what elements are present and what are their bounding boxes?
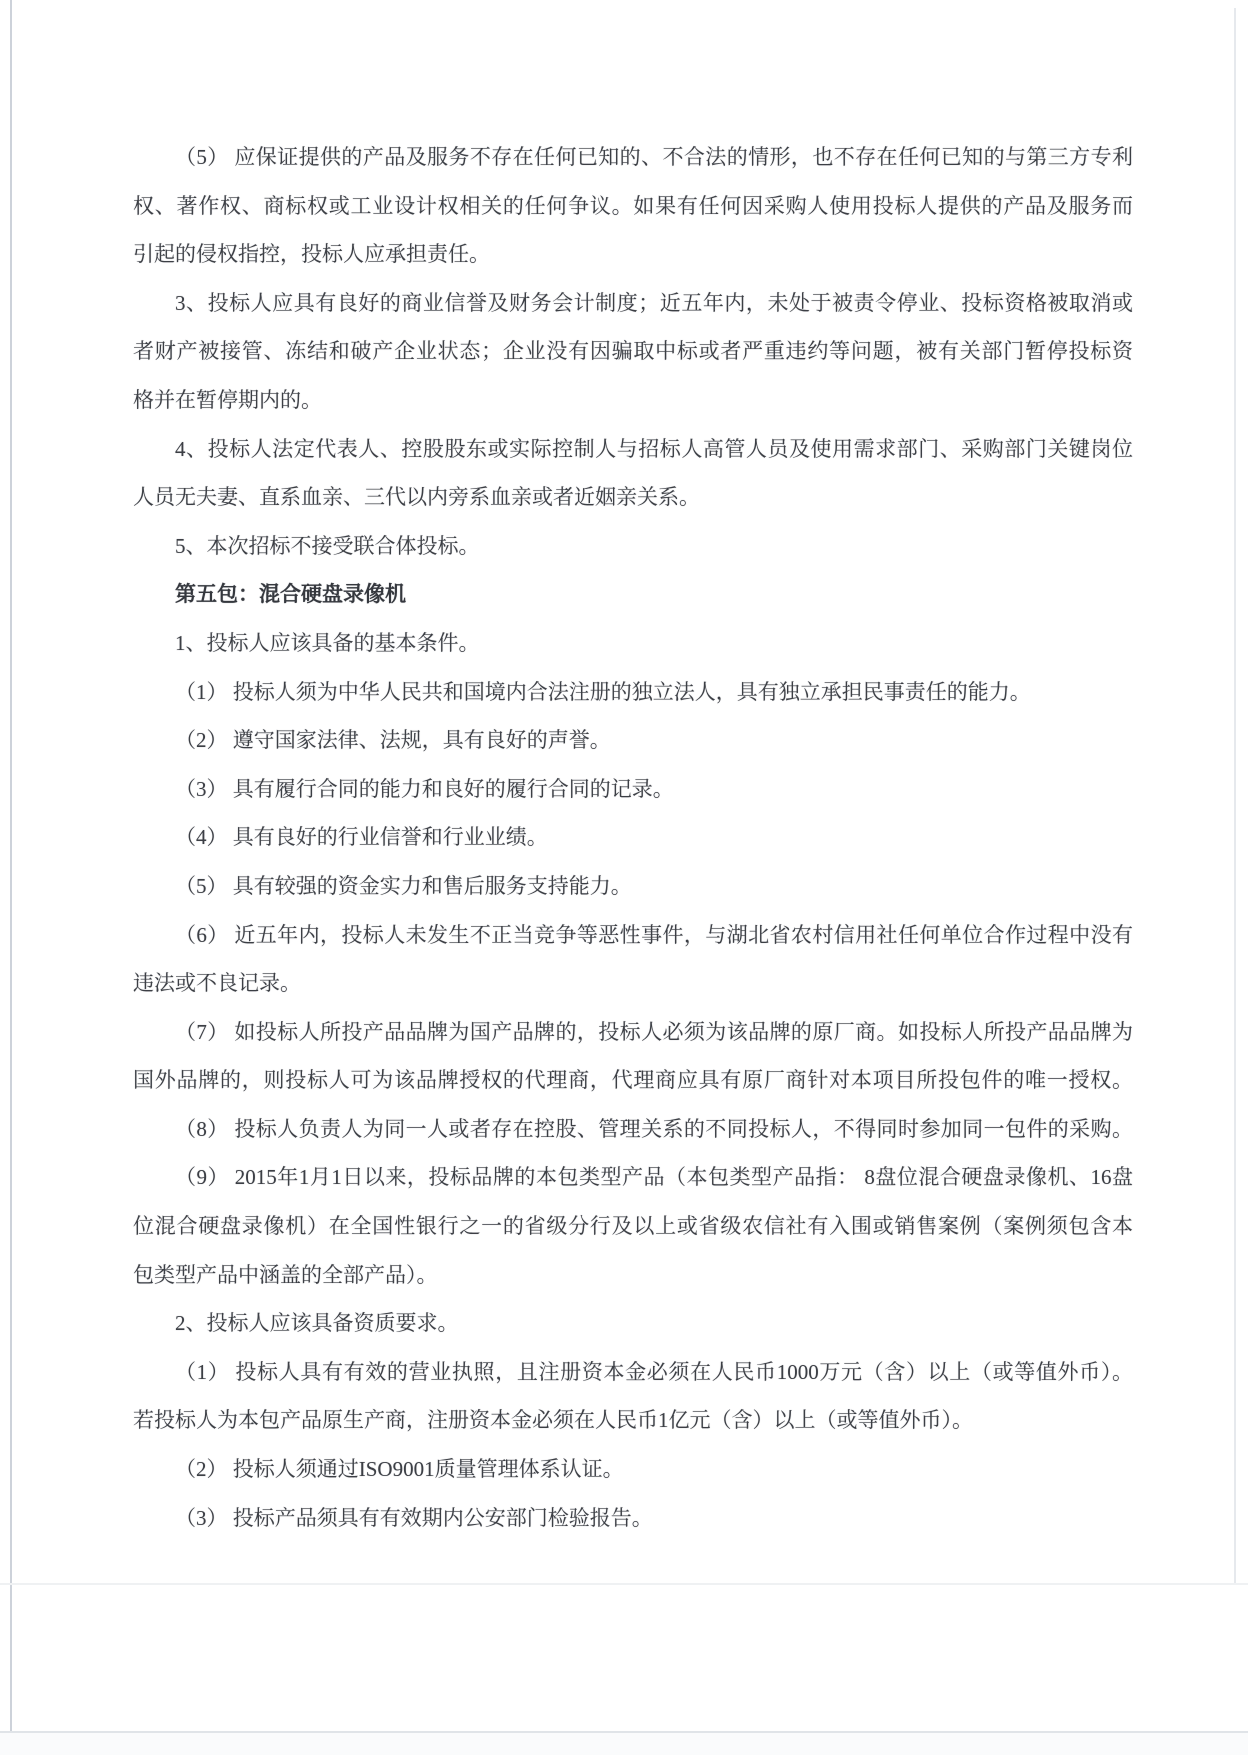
qualification-3: （3） 投标产品须具有有效期内公安部门检验报告。 bbox=[133, 1494, 1133, 1543]
qualification-1-line-2: 若投标人为本包产品原生产商，注册资本金必须在人民币1亿元（含）以上（或等值外币）… bbox=[133, 1396, 1133, 1445]
clause-5-ip-liability-line-1: （5） 应保证提供的产品及服务不存在任何已知的、不合法的情形，也不存在任何已知的… bbox=[133, 133, 1133, 182]
qualification-1-line-1: （1） 投标人具有有效的营业执照，且注册资本金必须在人民币1000万元（含）以上… bbox=[133, 1348, 1133, 1397]
clause-5-ip-liability-line-2: 权、著作权、商标权或工业设计权相关的任何争议。如果有任何因采购人使用投标人提供的… bbox=[133, 182, 1133, 231]
clause-5-no-consortium: 5、本次招标不接受联合体投标。 bbox=[133, 522, 1133, 571]
basic-condition-7-line-1: （7） 如投标人所投产品品牌为国产品牌的，投标人必须为该品牌的原厂商。如投标人所… bbox=[133, 1008, 1133, 1057]
clause-4-key-relationships-line-1: 4、投标人法定代表人、控股股东或实际控制人与招标人高管人员及使用需求部门、采购部… bbox=[133, 425, 1133, 474]
basic-condition-8: （8） 投标人负责人为同一人或者存在控股、管理关系的不同投标人，不得同时参加同一… bbox=[133, 1105, 1133, 1154]
qualification-title: 2、投标人应该具备资质要求。 bbox=[133, 1299, 1133, 1348]
basic-condition-7-line-2: 国外品牌的，则投标人可为该品牌授权的代理商，代理商应具有原厂商针对本项目所投包件… bbox=[133, 1056, 1133, 1105]
qualification-2: （2） 投标人须通过ISO9001质量管理体系认证。 bbox=[133, 1445, 1133, 1494]
page-bottom-margin bbox=[0, 1733, 1248, 1755]
clause-4-key-relationships-line-2: 人员无夫妻、直系血亲、三代以内旁系血亲或者近姻亲关系。 bbox=[133, 473, 1133, 522]
basic-condition-1: （1） 投标人须为中华人民共和国境内合法注册的独立法人，具有独立承担民事责任的能… bbox=[133, 668, 1133, 717]
basic-condition-5: （5） 具有较强的资金实力和售后服务支持能力。 bbox=[133, 862, 1133, 911]
basic-condition-2: （2） 遵守国家法律、法规，具有良好的声誉。 bbox=[133, 716, 1133, 765]
page-right-edge-line bbox=[1234, 8, 1236, 1584]
basic-condition-6-line-1: （6） 近五年内，投标人未发生不正当竞争等恶性事件，与湖北省农村信用社任何单位合… bbox=[133, 911, 1133, 960]
basic-condition-9-line-2: 位混合硬盘录像机）在全国性银行之一的省级分行及以上或省级农信社有入围或销售案例（… bbox=[133, 1202, 1133, 1251]
clause-3-business-credit-line-1: 3、投标人应具有良好的商业信誉及财务会计制度；近五年内，未处于被责令停业、投标资… bbox=[133, 279, 1133, 328]
document-body: （5） 应保证提供的产品及服务不存在任何已知的、不合法的情形，也不存在任何已知的… bbox=[133, 133, 1133, 1542]
page-left-edge-line bbox=[10, 0, 12, 1733]
basic-condition-9-line-3: 包类型产品中涵盖的全部产品）。 bbox=[133, 1251, 1133, 1300]
clause-3-business-credit-line-3: 格并在暂停期内的。 bbox=[133, 376, 1133, 425]
scanned-document-page: （5） 应保证提供的产品及服务不存在任何已知的、不合法的情形，也不存在任何已知的… bbox=[0, 0, 1248, 1755]
package-5-heading: 第五包：混合硬盘录像机 bbox=[133, 570, 1133, 619]
basic-conditions-title: 1、投标人应该具备的基本条件。 bbox=[133, 619, 1133, 668]
basic-condition-6-line-2: 违法或不良记录。 bbox=[133, 959, 1133, 1008]
basic-condition-9-line-1: （9） 2015年1月1日以来，投标品牌的本包类型产品（本包类型产品指： 8盘位… bbox=[133, 1153, 1133, 1202]
basic-condition-3: （3） 具有履行合同的能力和良好的履行合同的记录。 bbox=[133, 765, 1133, 814]
clause-3-business-credit-line-2: 者财产被接管、冻结和破产企业状态；企业没有因骗取中标或者严重违约等问题，被有关部… bbox=[133, 327, 1133, 376]
basic-condition-4: （4） 具有良好的行业信誉和行业业绩。 bbox=[133, 813, 1133, 862]
clause-5-ip-liability-line-3: 引起的侵权指控，投标人应承担责任。 bbox=[133, 230, 1133, 279]
scan-seam-line bbox=[0, 1583, 1248, 1585]
